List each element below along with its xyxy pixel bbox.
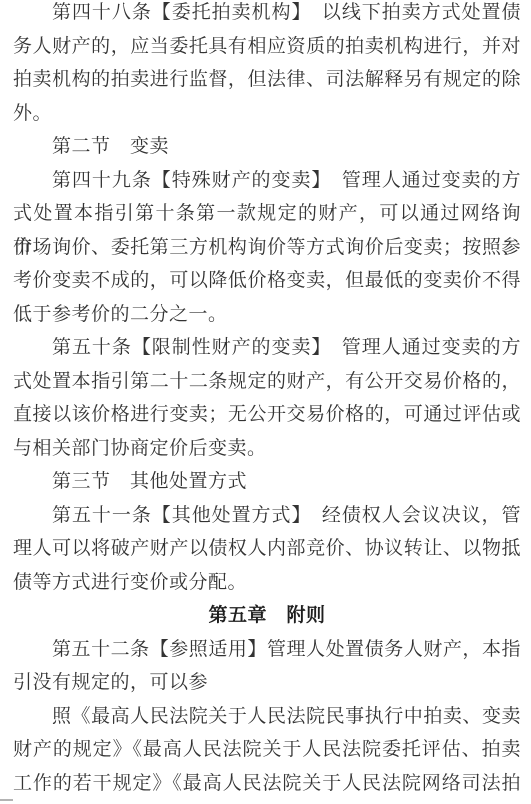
doc-line: 拍卖机构的拍卖进行监督，但法律、司法解释另有规定的除 (13, 63, 521, 97)
doc-line: 第五十二条【参照适用】管理人处置债务人财产，本指 (13, 633, 521, 667)
page-bottom-divider-fragment (0, 799, 13, 801)
doc-line: 式处置本指引第十条第一款规定的财产，可以通过网络询价、 (13, 197, 521, 231)
doc-line: 低于参考价的二分之一。 (13, 298, 521, 332)
document-page: 第四十八条【委托拍卖机构】 以线下拍卖方式处置债 务人财产的，应当委托具有相应资… (0, 0, 531, 804)
doc-line: 第五十条【限制性财产的变卖】 管理人通过变卖的方 (13, 331, 521, 365)
doc-line: 式处置本指引第二十二条规定的财产，有公开交易价格的， (13, 365, 521, 399)
doc-line: 照《最高人民法院关于人民法院民事执行中拍卖、变卖 (13, 700, 521, 734)
doc-line: 第四十八条【委托拍卖机构】 以线下拍卖方式处置债 (13, 0, 521, 30)
doc-line: 第四十九条【特殊财产的变卖】 管理人通过变卖的方 (13, 164, 521, 198)
doc-line: 理人可以将破产财产以债权人内部竞价、协议转让、以物抵 (13, 532, 521, 566)
doc-line: 外。 (13, 97, 521, 131)
chapter-heading: 第五章 附则 (13, 599, 521, 633)
section-heading: 第二节 变卖 (13, 130, 521, 164)
document-text-flow: 第四十八条【委托拍卖机构】 以线下拍卖方式处置债 务人财产的，应当委托具有相应资… (13, 0, 521, 800)
doc-line: 市场询价、委托第三方机构询价等方式询价后变卖；按照参 (13, 231, 521, 265)
doc-line: 工作的若干规定》《最高人民法院关于人民法院网络司法拍 (13, 767, 521, 801)
doc-line: 第五十一条【其他处置方式】 经债权人会议决议，管 (13, 499, 521, 533)
doc-line: 引没有规定的，可以参 (13, 666, 521, 700)
doc-line: 债等方式进行变价或分配。 (13, 566, 521, 600)
doc-line: 与相关部门协商定价后变卖。 (13, 432, 521, 466)
doc-line: 考价变卖不成的，可以降低价格变卖，但最低的变卖价不得 (13, 264, 521, 298)
doc-line: 务人财产的，应当委托具有相应资质的拍卖机构进行，并对 (13, 30, 521, 64)
section-heading: 第三节 其他处置方式 (13, 465, 521, 499)
doc-line: 财产的规定》《最高人民法院关于人民法院委托评估、拍卖 (13, 733, 521, 767)
doc-line: 直接以该价格进行变卖；无公开交易价格的，可通过评估或 (13, 398, 521, 432)
